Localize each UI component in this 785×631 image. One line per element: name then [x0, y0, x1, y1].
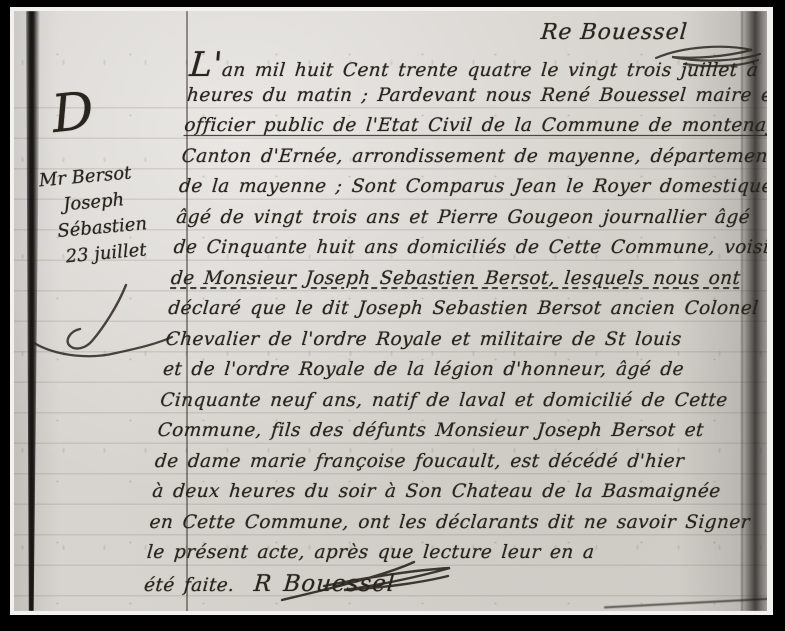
act-line: heures du matin ; Pardevant nous René Bo…	[186, 81, 764, 112]
act-line: de dame marie françoise foucault, est dé…	[154, 447, 732, 478]
act-line: de Cinquante huit ans domiciliés de Cett…	[172, 233, 750, 264]
register-page: Re Bouessel D Mr Bersot Joseph Sébastien…	[14, 11, 767, 611]
act-line: déclaré que le dit Joseph Sebastien Bers…	[167, 294, 745, 325]
act-line: Chevalier de l'ordre Royale et militaire…	[164, 325, 742, 356]
act-line: et de l'ordre Royale de la légion d'honn…	[162, 355, 740, 386]
act-line: Cinquante neuf ans, natif de laval et do…	[159, 386, 737, 417]
margin-note: Mr Bersot Joseph Sébastien 23 juillet	[32, 156, 190, 273]
act-line: Canton d'Ernée, arrondissement de mayenn…	[180, 142, 758, 173]
closing-text: été faite.	[143, 575, 235, 596]
act-line: L'an mil huit Cent trente quatre le ving…	[188, 50, 766, 81]
act-line: de la mayenne ; Sont Comparus Jean le Ro…	[178, 172, 756, 203]
act-line: Commune, fils des défunts Monsieur Josep…	[156, 416, 734, 447]
margin-drop-cap: D	[49, 81, 97, 145]
act-line: officier public de l'Etat Civil de la Co…	[183, 111, 761, 142]
act-body: L'an mil huit Cent trente quatre le ving…	[143, 50, 766, 599]
document-scan: Re Bouessel D Mr Bersot Joseph Sébastien…	[0, 0, 785, 631]
act-line: de Monsieur Joseph Sebastien Bersot, les…	[170, 264, 748, 295]
top-signature: Re Bouessel	[540, 20, 689, 45]
act-line: à deux heures du soir à Son Chateau de l…	[151, 477, 729, 508]
closing-signature-flourish-icon	[264, 556, 454, 606]
act-line: en Cette Commune, ont les déclarants dit…	[148, 508, 726, 539]
act-line: âgé de vingt trois ans et Pierre Gougeon…	[175, 203, 753, 234]
margin-paraph-icon	[30, 283, 180, 361]
